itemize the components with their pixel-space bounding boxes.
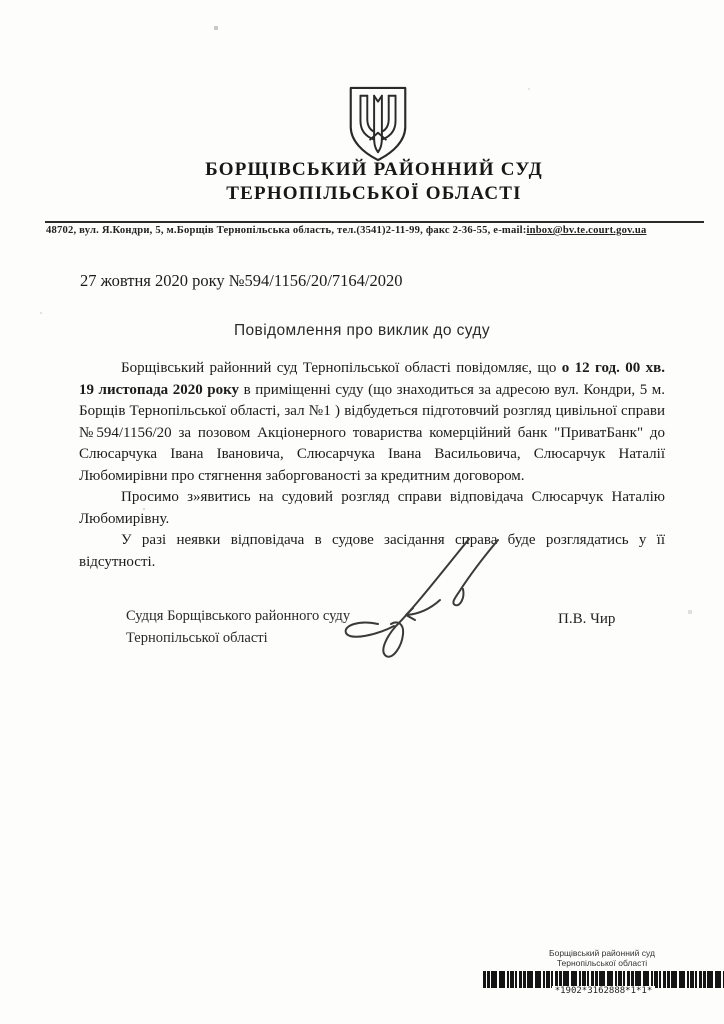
document-title: Повідомлення про виклик до суду [0,322,724,340]
date-and-case-number: 27 жовтня 2020 року №594/1156/20/7164/20… [80,271,403,291]
footer-court-line1: Борщівський районний суд [486,948,718,958]
barcode-number: *1902*3162888*1*1* [483,986,724,996]
judge-name: П.В. Чир [558,611,615,628]
judge-position-line2: Тернопільської області [126,627,350,649]
court-name-line1: БОРЩІВСЬКИЙ РАЙОННИЙ СУД [0,158,724,182]
judge-position-line1: Судця Борщівського районного суду [126,605,350,627]
summons-text-start: Борщівський районний суд Тернопільської … [121,360,562,376]
ukraine-trident-emblem-icon [341,84,415,164]
header-divider [45,221,704,223]
barcode-number-text: *1902*3162888*1*1* [552,986,656,996]
scanned-court-document-page: БОРЩІВСЬКИЙ РАЙОННИЙ СУД ТЕРНОПІЛЬСЬКОЇ … [0,0,724,1024]
court-name-line2: ТЕРНОПІЛЬСЬКОЇ ОБЛАСТІ [0,182,724,206]
judge-position-label: Судця Борщівського районного суду Терноп… [126,605,350,649]
court-name-header: БОРЩІВСЬКИЙ РАЙОННИЙ СУД ТЕРНОПІЛЬСЬКОЇ … [0,158,724,206]
footer-court-line2: Тернопільської області [486,958,718,968]
paragraph-summons: Борщівський районний суд Тернопільської … [79,358,665,487]
handwritten-signature [332,514,518,674]
footer-court-stamp: Борщівський районний суд Тернопільської … [486,948,718,968]
court-email-link: inbox@bv.te.court.gov.ua [526,225,646,236]
court-contact-line: 48702, вул. Я.Кондри, 5, м.Борщів Терноп… [46,225,706,236]
court-address-text: 48702, вул. Я.Кондри, 5, м.Борщів Терноп… [46,225,526,236]
scan-noise [0,0,2,2]
